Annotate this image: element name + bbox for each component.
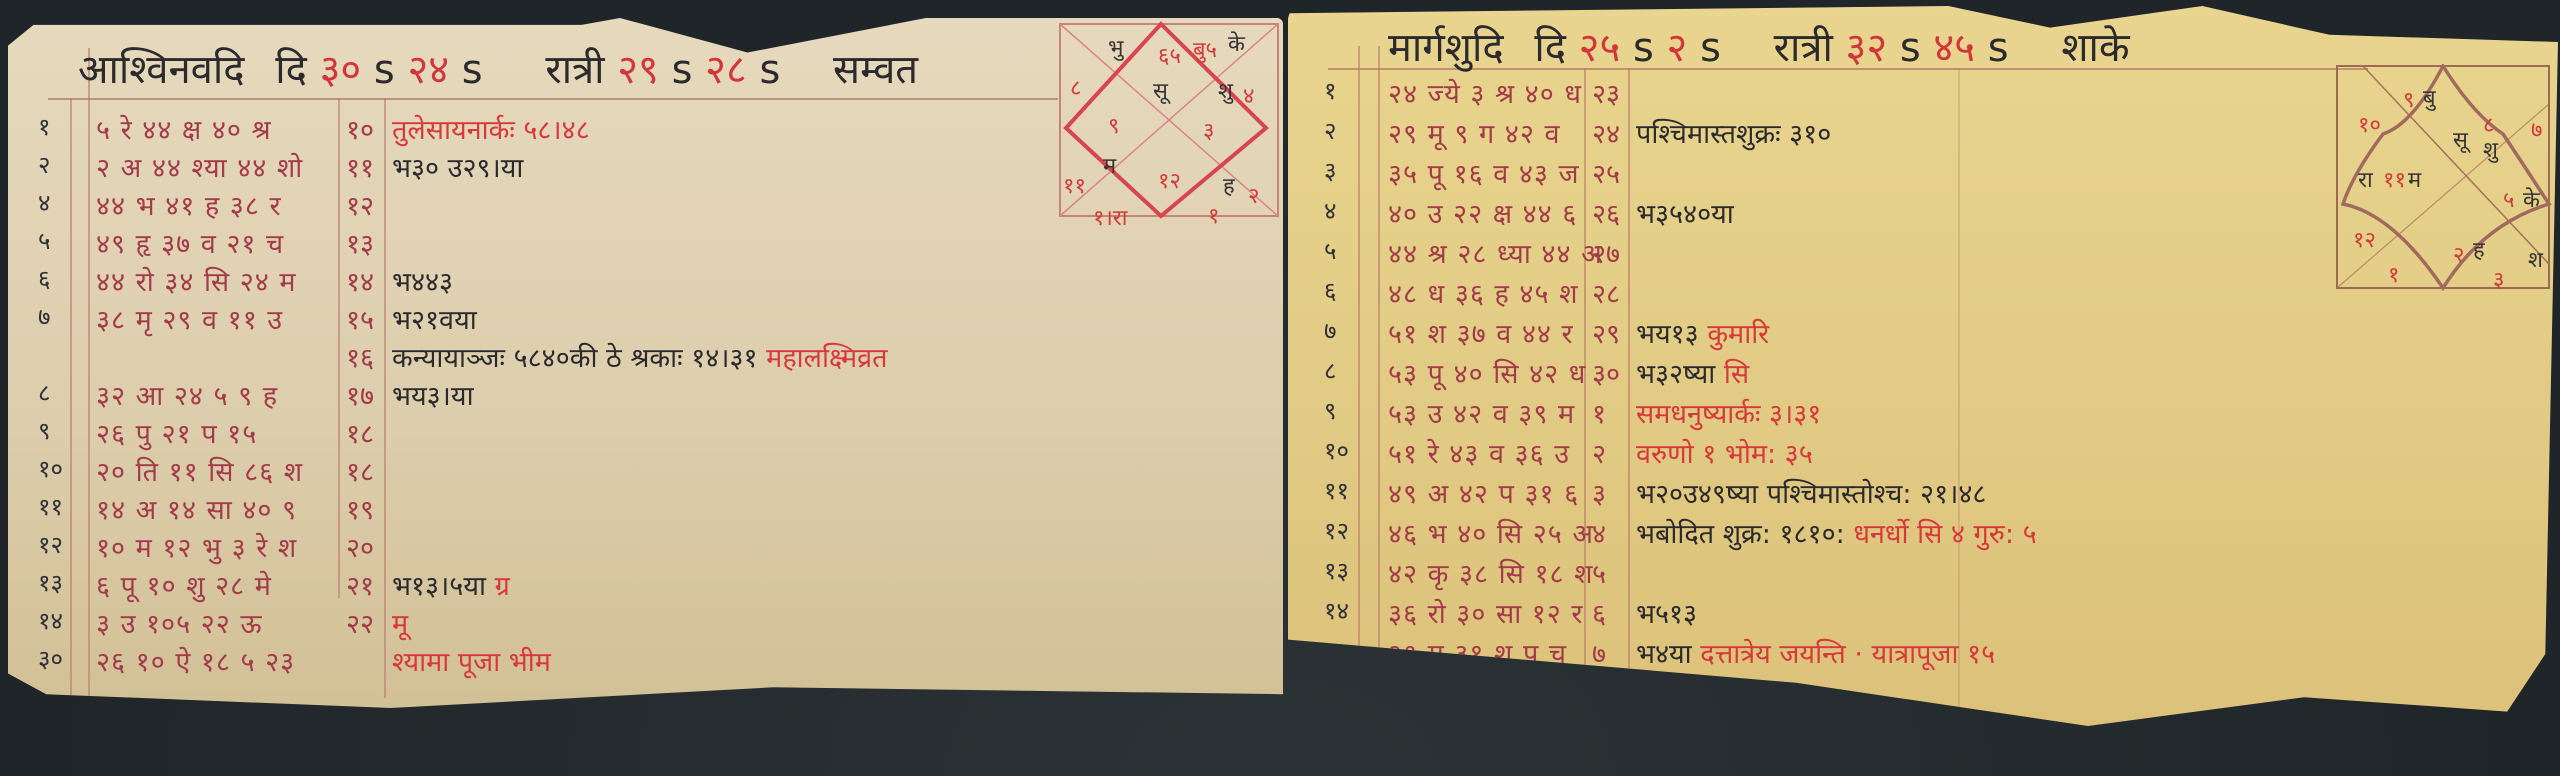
- row-values: ४२ कृ ३८ सि १८ श: [1388, 554, 1594, 591]
- row-values: ५१ रे ४३ व ३६ उ: [1388, 434, 1570, 471]
- row-note: भ३० उ२९।या: [392, 148, 523, 185]
- margin-rule: [88, 48, 90, 708]
- night-value: २९: [617, 47, 659, 93]
- chart-house-label: श: [2528, 244, 2543, 274]
- page-header: आश्विनवदि दि ३० s २४ s रात्री २९ s २८ s …: [78, 40, 918, 95]
- row-tithi: १९: [346, 490, 374, 527]
- chart-house-label: बु५: [1193, 34, 1217, 64]
- row-number: २: [38, 148, 50, 181]
- separator: s: [1900, 25, 1921, 71]
- row-tithi: १६: [346, 338, 374, 375]
- separator: s: [1700, 25, 1721, 71]
- row-number: ९: [1324, 394, 1336, 427]
- margin-rule: [70, 98, 72, 708]
- row-values: २ अ ४४ श्या ४४ शो: [96, 148, 303, 185]
- row-note-red: श्यामा पूजा भीम: [392, 647, 551, 678]
- row-tithi: १५: [346, 300, 374, 337]
- row-number: १: [1324, 74, 1336, 107]
- row-values: २४ ज्ये ३ श्र ४० ध: [1388, 74, 1582, 111]
- separator: s: [759, 47, 780, 93]
- row-values: ५१ श ३७ व ४४ र: [1388, 314, 1574, 351]
- row-number: १०: [38, 452, 63, 485]
- chart-house-label: के: [1228, 28, 1245, 58]
- row-note: भ५१३: [1636, 594, 1697, 631]
- chart-house-label: शु: [1218, 75, 1233, 105]
- chart-house-label: के: [2523, 184, 2540, 214]
- chart-house-label: १०: [2358, 109, 2381, 139]
- row-tithi: २८: [1592, 274, 1620, 311]
- chart-house-label: ३: [1203, 115, 1214, 145]
- row-note-red: दत्तात्रेय जयन्ति · यात्रापूजा १५: [1692, 639, 1995, 670]
- row-note-red: सि: [1715, 359, 1749, 390]
- row-tithi: १७: [346, 376, 374, 413]
- row-note-red: समधनुष्यार्कः ३।३१: [1636, 399, 1821, 430]
- chart-house-label: १: [2388, 259, 2399, 289]
- row-values: २६ १० ऐ १८ ५ २३: [96, 642, 295, 679]
- row-number: ७: [1324, 314, 1336, 347]
- separator: s: [672, 47, 693, 93]
- chart-house-label: ९: [2403, 84, 2414, 114]
- row-number: ४: [38, 186, 50, 219]
- row-note: भ४४३: [392, 262, 453, 299]
- row-number: ५: [38, 224, 50, 257]
- row-tithi: १८: [346, 452, 374, 489]
- chart-house-label: २: [2453, 239, 2464, 269]
- row-tithi: ५: [1592, 554, 1606, 591]
- row-values: ३८ मृ २९ व ११ उ: [96, 300, 283, 337]
- row-note: तुलेसायनार्कः ५८।४८: [392, 110, 590, 147]
- day-label: दि: [1534, 25, 1566, 71]
- row-values: ४४ श्र २८ ध्या ४४ अ: [1388, 234, 1603, 271]
- chart-house-label: बु: [2423, 82, 2436, 112]
- row-tithi: ४: [1592, 514, 1606, 551]
- chart-house-label: म: [2408, 164, 2421, 194]
- chart-house-label: म: [1103, 150, 1116, 180]
- row-values: ५ रे ४४ क्ष ४० श्र: [96, 110, 272, 147]
- row-number: २: [1324, 114, 1336, 147]
- row-values: ३२ आ २४ ५ ९ ह: [96, 376, 278, 413]
- chart-house-label: २: [1248, 180, 1259, 210]
- row-note: भ३५४०या: [1636, 194, 1734, 231]
- row-note: वरुणो १ भोम: ३५: [1636, 434, 1813, 471]
- row-number: ४: [1324, 194, 1336, 227]
- horoscope-chart: भु६५बु५के८सूशु४९३म१२११ह२११।रा: [1058, 20, 1283, 220]
- night-value: ४५: [1933, 25, 1975, 71]
- row-tithi: ७: [1592, 634, 1606, 671]
- row-values: ५३ उ ४२ व ३९ म: [1388, 394, 1575, 431]
- row-values: ४४ रो ३४ सि २४ म: [96, 262, 297, 299]
- row-note: भ१३।५या ग्र: [392, 566, 510, 603]
- row-tithi: २१: [346, 566, 374, 603]
- chart-house-label: ११: [2383, 164, 2406, 194]
- year-label: शाके: [2061, 25, 2129, 71]
- row-values: ३ उ १०५ २२ ऊ: [96, 604, 263, 641]
- row-values: ६ पू १० शु २८ मे: [96, 566, 272, 603]
- chart-house-label: ६५: [1158, 40, 1181, 70]
- row-tithi: २६: [1592, 194, 1620, 231]
- row-number: १४: [1324, 594, 1349, 627]
- row-number: ११: [38, 490, 63, 523]
- chart-house-label: ९: [1108, 110, 1119, 140]
- chart-house-label: सू: [1153, 75, 1168, 105]
- row-note-red: वरुणो १ भोम: ३५: [1636, 439, 1813, 470]
- row-values: ३५ पू १६ व ४३ ज: [1388, 154, 1580, 191]
- row-values: ४९ अ ४२ प ३१ ६: [1388, 474, 1579, 511]
- date-value: २४: [407, 47, 449, 93]
- chart-house-label: सू: [2453, 124, 2468, 154]
- row-number: ३: [1324, 154, 1336, 187]
- date-value: २५: [1579, 25, 1621, 71]
- row-number: १२: [38, 528, 63, 561]
- row-note: भ४या दत्तात्रेय जयन्ति · यात्रापूजा १५: [1636, 634, 1995, 671]
- row-tithi: ११: [346, 148, 374, 185]
- chart-house-label: ४: [1243, 80, 1254, 110]
- chart-house-label: शु: [2483, 134, 2498, 164]
- row-tithi: १२: [346, 186, 374, 223]
- column-rule: [384, 98, 386, 698]
- night-label: रात्री: [1774, 25, 1833, 71]
- margin-rule: [1378, 46, 1380, 666]
- chart-house-label: ७: [2531, 114, 2542, 144]
- day-label: दि: [275, 47, 307, 93]
- row-note: कन्यायाञ्जः ५८४०की ठे श्रकाः १४।३१ महालक…: [392, 338, 888, 375]
- date-value: २: [1667, 25, 1688, 71]
- chart-house-label: १२: [2353, 224, 2376, 254]
- row-values: १० म १२ भु ३ रे श: [96, 528, 297, 565]
- header-rule: [48, 98, 1058, 100]
- row-number: ६: [1324, 274, 1336, 307]
- chart-house-label: ११: [1063, 170, 1086, 200]
- chart-house-label: रा: [2358, 164, 2373, 194]
- row-note: भबोदित शुक्र: १८१०: धनर्धो सि ४ गुरु: ५: [1636, 514, 2037, 551]
- row-tithi: ६: [1592, 594, 1606, 631]
- row-tithi: २२: [346, 604, 374, 641]
- row-tithi: ३: [1592, 474, 1606, 511]
- row-values: ४६ भ ४० सि २५ अ: [1388, 514, 1594, 551]
- row-values: १४ अ १४ सा ४० ९: [96, 490, 297, 527]
- separator: s: [462, 47, 483, 93]
- row-values: ४८ ध ३६ ह ४५ श: [1388, 274, 1578, 311]
- chart-house-label: ह: [1223, 170, 1235, 200]
- horoscope-chart: ९बु१०८सूशु७रा११म५के१२२हश१३: [2333, 64, 2553, 292]
- row-tithi: १०: [346, 110, 374, 147]
- row-note: भ२०उ४९ष्या पश्चिमास्तोश्च: २१।४८: [1636, 474, 1986, 511]
- row-values: ४० उ २२ क्ष ४४ ६: [1388, 194, 1577, 231]
- row-number: ८: [1324, 354, 1336, 387]
- year-label: सम्वत: [833, 47, 918, 93]
- row-values: ५३ पू ४० सि ४२ ध: [1388, 354, 1586, 391]
- row-number: १३: [1324, 554, 1349, 587]
- chart-house-label: १२: [1158, 165, 1181, 195]
- row-tithi: २४: [1592, 114, 1620, 151]
- row-note: समधनुष्यार्कः ३।३१: [1636, 394, 1821, 431]
- row-number: १४: [38, 604, 63, 637]
- row-note: पश्चिमास्तशुक्रः ३१०: [1636, 114, 1831, 151]
- row-values: ४९ हृ ३७ व २१ च: [96, 224, 284, 261]
- fold-line: [1958, 68, 1960, 708]
- row-number: ७: [38, 300, 50, 333]
- column-rule: [338, 98, 340, 598]
- chart-house-label: ८: [1070, 72, 1081, 102]
- row-values: ४४ भ ४१ ह ३८ र: [96, 186, 282, 223]
- row-tithi: २९: [1592, 314, 1620, 351]
- row-note-red: मू: [392, 609, 408, 640]
- row-tithi: ३०: [1592, 354, 1620, 391]
- margin-rule: [1358, 46, 1360, 666]
- row-number: ९: [38, 414, 50, 447]
- row-number: ११: [1324, 474, 1349, 507]
- row-note: भ२१वया: [392, 300, 477, 337]
- row-tithi: २३: [1592, 74, 1620, 111]
- row-number: ५: [1324, 234, 1336, 267]
- row-note: श्यामा पूजा भीम: [392, 642, 551, 679]
- row-note: मू: [392, 604, 408, 641]
- chart-house-label: भु: [1108, 32, 1123, 62]
- month-label: मार्गशुदि: [1388, 25, 1504, 71]
- row-tithi: १४: [346, 262, 374, 299]
- chart-house-label: ह: [2473, 234, 2485, 264]
- page-header: मार्गशुदि दि २५ s २ s रात्री ३२ s ४५ s श…: [1388, 18, 2130, 73]
- right-manuscript-page: मार्गशुदि दि २५ s २ s रात्री ३२ s ४५ s श…: [1288, 6, 2558, 726]
- chart-house-label: १।रा: [1093, 202, 1127, 232]
- row-note-red: ग्र: [486, 571, 510, 602]
- date-value: ३०: [320, 47, 362, 93]
- row-number: ८: [38, 376, 50, 409]
- chart-house-label: ३: [2493, 264, 2504, 294]
- row-tithi: २०: [346, 528, 374, 565]
- row-note: भय१३ कुमारि: [1636, 314, 1769, 351]
- row-number: १२: [1324, 514, 1349, 547]
- night-value: ३२: [1846, 25, 1888, 71]
- row-values: २६ पु २१ प १५: [96, 414, 257, 451]
- row-note: भ३२ष्या सि: [1636, 354, 1749, 391]
- row-number: १: [38, 110, 50, 143]
- separator: s: [374, 47, 395, 93]
- row-tithi: १३: [346, 224, 374, 261]
- separator: s: [1988, 25, 2009, 71]
- row-tithi: १: [1592, 394, 1606, 431]
- row-tithi: २५: [1592, 154, 1620, 191]
- row-tithi: २: [1592, 434, 1606, 471]
- month-label: आश्विनवदि: [78, 47, 245, 93]
- row-values: २९ मू ९ ग ४२ व: [1388, 114, 1560, 151]
- left-manuscript-page: आश्विनवदि दि ३० s २४ s रात्री २९ s २८ s …: [8, 18, 1283, 708]
- chart-house-label: ५: [2503, 184, 2514, 214]
- chart-house-label: १: [1208, 200, 1219, 230]
- row-tithi: १८: [346, 414, 374, 451]
- row-note-red: कुमारि: [1699, 319, 1770, 350]
- row-values: २० ति ११ सि ८६ श: [96, 452, 303, 489]
- row-number: १०: [1324, 434, 1349, 467]
- row-values: ३६ रो ३० सा १२ र: [1388, 594, 1583, 631]
- row-number: १३: [38, 566, 63, 599]
- separator: s: [1633, 25, 1654, 71]
- night-label: रात्री: [545, 47, 604, 93]
- row-number: ६: [38, 262, 50, 295]
- row-note-red: महालक्ष्मिव्रत: [758, 343, 888, 374]
- night-value: २८: [705, 47, 747, 93]
- row-number: ३०: [38, 642, 63, 675]
- row-tithi: २७: [1592, 234, 1620, 271]
- column-rule: [1628, 68, 1630, 668]
- row-note: भय३।या: [392, 376, 474, 413]
- row-note-red: धनर्धो सि ४ गुरु: ५: [1845, 519, 2037, 550]
